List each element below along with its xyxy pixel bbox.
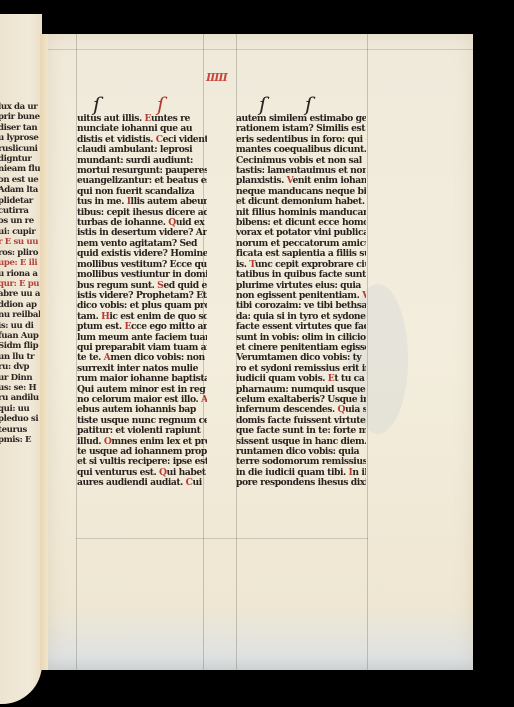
- facing-text-line: r E su uu: [0, 237, 42, 247]
- text-line: domis facte fuissent virtutes: [236, 416, 366, 426]
- text-line: et cinere penitentiam egissent.: [236, 343, 366, 353]
- text-line: infernum descendes. Quia si in so: [236, 405, 366, 415]
- ascender-flourish: ſ: [259, 92, 266, 116]
- facing-text-line: is: uu di: [0, 321, 42, 331]
- facing-text-line: diser tan: [0, 123, 42, 133]
- text-line: euangelizantur: et beatus est: [77, 176, 207, 186]
- text-line: is. Tunc cepit exprobrare ciui: [236, 260, 366, 270]
- text-line: distis et vidistis. Ceci vident:: [77, 135, 207, 145]
- text-line: aures audiendi audiat. Cui: [77, 478, 207, 488]
- facing-text-line: upe: E ili: [0, 258, 42, 268]
- text-line: Qui autem minor est in reg: [77, 385, 207, 395]
- facing-text-line: ru: dvp: [0, 362, 42, 372]
- text-line: tatibus in quibus facte sunt: [236, 270, 366, 280]
- text-line: dico vobis: et plus quam prophe: [77, 301, 207, 311]
- text-line: lum meum ante faciem tuam:: [77, 333, 207, 343]
- text-line: qui venturus est. Qui habet: [77, 468, 207, 478]
- facing-text-line: nieam flu: [0, 164, 42, 174]
- text-line: quid existis videre? Hominem: [77, 249, 207, 259]
- text-line: ficata est sapientia a filiis su: [236, 249, 366, 259]
- facing-text-line: u riona a: [0, 269, 42, 279]
- text-line: tiste usque nunc regnum celorum vi: [77, 416, 207, 426]
- text-line: bibens: et dicunt ecce homo: [236, 218, 366, 228]
- facing-text-line: on est ue: [0, 175, 42, 185]
- text-line: Verumtamen dico vobis: ty: [236, 353, 366, 363]
- text-line: in die iudicii quam tibi. In illo te: [236, 468, 366, 478]
- text-line: bus regum sunt. Sed quid ex: [77, 281, 207, 291]
- facing-text-line: digntur: [0, 154, 42, 164]
- text-line: planxistis. Venit enim iohannes: [236, 176, 366, 186]
- rubric-ascender-flourish: ſ: [157, 92, 164, 116]
- text-line: no celorum maior est illo. A di: [77, 395, 207, 405]
- text-line: et si vultis recipere: ipse est helias: [77, 457, 207, 467]
- text-line: pore respondens ihesus dixit. Confi: [236, 478, 366, 488]
- text-line: mollibus vestitum? Ecce qui: [77, 260, 207, 270]
- text-line: autem similem estimabo gene: [236, 114, 366, 124]
- text-line: que facte sunt in te: forte man: [236, 426, 366, 436]
- text-line: runtamen dico vobis: quia: [236, 447, 366, 457]
- facing-text-line: ui: cupir: [0, 227, 42, 237]
- text-line: plurime virtutes eius: quia: [236, 281, 366, 291]
- text-line: iudicii quam vobis. Et tu ca: [236, 374, 366, 384]
- text-line: te usque ad iohannem prophetauerunt:: [77, 447, 207, 457]
- facing-page-text: lux da urprir bunediser tanu lyproserusl…: [0, 102, 42, 445]
- text-line: mollibus vestiuntur in domi: [77, 270, 207, 280]
- text-line: celum exaltaberis? Usque in: [236, 395, 366, 405]
- text-line: et dicunt demonium habet. Ve: [236, 197, 366, 207]
- text-line: norum et peccatorum amicus. Et iusti: [236, 239, 366, 249]
- facing-text-line: qui: uu: [0, 404, 42, 414]
- text-line: tibi corozaim: ve tibi bethsai: [236, 301, 366, 311]
- ascender-flourish: ſ: [93, 92, 100, 116]
- text-line: te te. Amen dico vobis: non: [77, 353, 207, 363]
- text-line: tam. Hic est enim de quo scri: [77, 312, 207, 322]
- text-line: istis videre? Prophetam? Etia: [77, 291, 207, 301]
- facing-text-line: os un re: [0, 216, 42, 226]
- text-line: sunt in vobis: olim in cilicio: [236, 333, 366, 343]
- facing-text-line: us: se: H: [0, 383, 42, 393]
- text-line: facte essent virtutes que facte: [236, 322, 366, 332]
- text-column-left: uitus aut illis. Euntes renunciate iohan…: [77, 114, 207, 489]
- text-line: Cecinimus vobis et non sal: [236, 156, 366, 166]
- text-line: nit filius hominis manducans et: [236, 208, 366, 218]
- facing-text-line: ruslicuni: [0, 144, 42, 154]
- text-line: qui non fuerit scandaliza: [77, 187, 207, 197]
- facing-text-line: fuan Aup: [0, 331, 42, 341]
- text-line: nem vento agitatam? Sed: [77, 239, 207, 249]
- facing-text-line: plidetar: [0, 196, 42, 206]
- ascender-flourish: ſ: [305, 92, 312, 116]
- text-line: nunciate iohanni que au: [77, 124, 207, 134]
- text-line: tus in me. Illis autem abeun: [77, 197, 207, 207]
- text-line: tibus: cepit ihesus dicere ad: [77, 208, 207, 218]
- facing-text-line: pleduo si: [0, 414, 42, 424]
- facing-page-edge: lux da urprir bunediser tanu lyproserusl…: [0, 14, 42, 704]
- facing-text-line: cutirra: [0, 206, 42, 216]
- text-line: tastis: lamentauimus et non: [236, 166, 366, 176]
- text-column-right: autem similem estimabo generationem ista…: [236, 114, 366, 489]
- text-line: sissent usque in hanc diem. Ve: [236, 437, 366, 447]
- facing-text-line: teurus: [0, 425, 42, 435]
- facing-text-line: un llu tr: [0, 352, 42, 362]
- text-line: rum maior iohanne baptista: [77, 374, 207, 384]
- manuscript-leaf: IIIII ſ ſ ſ ſ uitus aut illis. Euntes re…: [48, 34, 473, 670]
- text-line: claudi ambulant: leprosi: [77, 145, 207, 155]
- text-line: mundant: surdi audiunt:: [77, 156, 207, 166]
- folio-number: IIIII: [206, 71, 227, 84]
- facing-text-line: ros: pliro: [0, 248, 42, 258]
- text-line: neque manducans neque bibens:: [236, 187, 366, 197]
- text-line: patitur: et violenti rapiunt: [77, 426, 207, 436]
- ruling-line-bottom: [76, 538, 368, 539]
- text-line: da: quia si in tyro et sydone: [236, 312, 366, 322]
- text-line: uitus aut illis. Euntes re: [77, 114, 207, 124]
- text-line: mantes coequalibus dicunt.: [236, 145, 366, 155]
- text-line: illud. Omnes enim lex et prophe: [77, 437, 207, 447]
- text-line: qui preparabit viam tuam an: [77, 343, 207, 353]
- text-line: ebus autem iohannis bap: [77, 405, 207, 415]
- text-line: terre sodomorum remissius erit: [236, 457, 366, 467]
- facing-text-line: prir bune: [0, 112, 42, 122]
- facing-text-line: ddion ap: [0, 300, 42, 310]
- text-line: non egissent penitentiam. Ve: [236, 291, 366, 301]
- facing-text-line: ur Dinn: [0, 373, 42, 383]
- facing-text-line: lux da ur: [0, 102, 42, 112]
- text-line: rationem istam? Similis est pu: [236, 124, 366, 134]
- text-line: ptum est. Ecce ego mitto ange: [77, 322, 207, 332]
- facing-text-line: pmis: E: [0, 435, 42, 445]
- facing-text-line: Sidm flip: [0, 341, 42, 351]
- facing-text-line: Adam lta: [0, 185, 42, 195]
- text-line: eris sedentibus in foro: qui cla: [236, 135, 366, 145]
- ruling-line-top: [48, 49, 473, 50]
- text-line: mortui resurgunt: pauperes: [77, 166, 207, 176]
- facing-text-line: nu reilbal: [0, 310, 42, 320]
- text-line: vorax et potator vini publica: [236, 228, 366, 238]
- facing-text-line: abre uu a: [0, 289, 42, 299]
- text-line: pharnaum: numquid usque in: [236, 385, 366, 395]
- text-line: istis in desertum videre? Arundi: [77, 228, 207, 238]
- facing-text-line: u lyprose: [0, 133, 42, 143]
- text-line: turbas de iohanne. Quid ex: [77, 218, 207, 228]
- text-line: surrexit inter natos mulie: [77, 364, 207, 374]
- facing-text-line: qur: E pu: [0, 279, 42, 289]
- facing-text-line: ru andilu: [0, 393, 42, 403]
- text-line: ro et sydoni remissius erit in die: [236, 364, 366, 374]
